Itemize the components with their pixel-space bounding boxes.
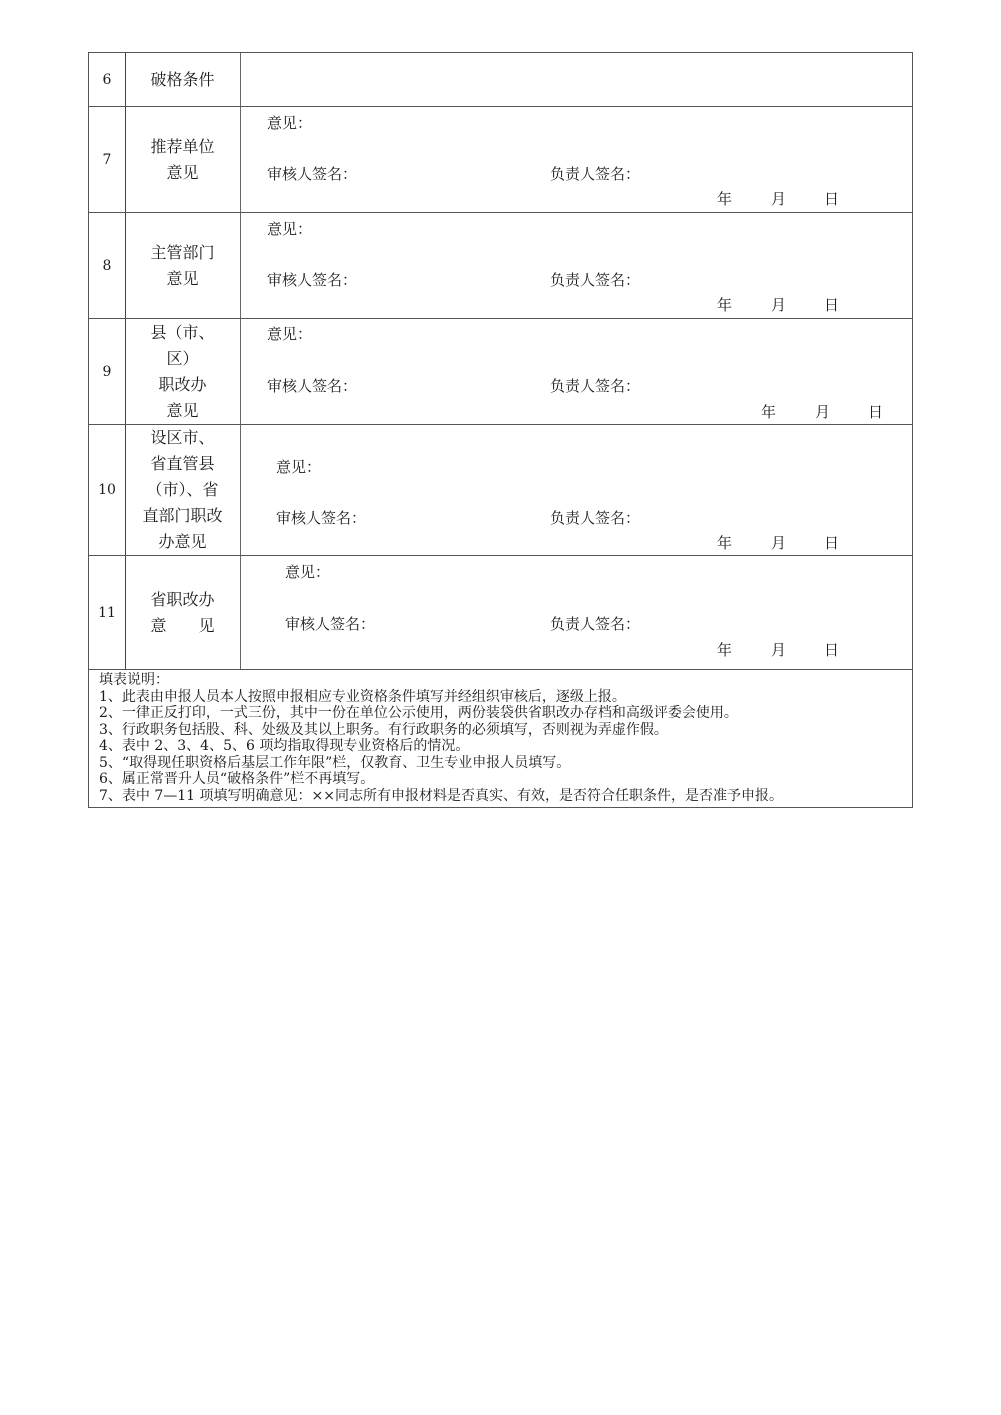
row-label: 破格条件 <box>125 53 241 106</box>
row-number: 6 <box>89 53 126 106</box>
table-row-9: 9 县（市、 区） 职改办 意见 意见： 审核人签名： 负责人签名： 年 月 日 <box>89 319 912 425</box>
row-label: 设区市、 省直管县 （市）、省 直部门职改 办意见 <box>125 425 241 555</box>
instruction-item: 5、“取得现任职资格后基层工作年限”栏，仅教育、卫生专业申报人员填写。 <box>99 755 902 772</box>
date-year: 年 <box>761 401 776 422</box>
instruction-item: 1、此表由申报人员本人按照申报相应专业资格条件填写并经组织审核后，逐级上报。 <box>99 689 902 706</box>
reviewer-signature-label: 审核人签名： <box>267 375 357 396</box>
date-day: 日 <box>824 639 839 660</box>
label-line: （市）、省 <box>146 477 218 503</box>
label-line: 意见 <box>166 160 198 186</box>
label-line: 破格条件 <box>150 67 214 93</box>
row-number: 7 <box>89 107 126 212</box>
date-day: 日 <box>868 401 883 422</box>
document-page: 6 破格条件 7 推荐单位 意见 意见： 审核人签名： 负责人签名： 年 月 日 <box>0 0 1001 1415</box>
label-line: 设区市、 <box>150 425 214 451</box>
table-row-7: 7 推荐单位 意见 意见： 审核人签名： 负责人签名： 年 月 日 <box>89 107 912 213</box>
reviewer-signature-label: 审核人签名： <box>267 163 357 184</box>
reviewer-signature-label: 审核人签名： <box>285 613 375 634</box>
filling-instructions: 填表说明： 1、此表由申报人员本人按照申报相应专业资格条件填写并经组织审核后，逐… <box>89 670 912 807</box>
city-title-office-opinion-field[interactable]: 意见： 审核人签名： 负责人签名： 年 月 日 <box>240 425 912 555</box>
label-line: 办意见 <box>158 529 206 555</box>
instruction-item: 6、属正常晋升人员“破格条件”栏不再填写。 <box>99 771 902 788</box>
label-line: 区） <box>166 346 198 372</box>
date-day: 日 <box>824 294 839 315</box>
instruction-item: 3、行政职务包括股、科、处级及其以上职务。有行政职务的必须填写，否则视为弄虚作假… <box>99 722 902 739</box>
date-year: 年 <box>717 294 732 315</box>
approval-form-table: 6 破格条件 7 推荐单位 意见 意见： 审核人签名： 负责人签名： 年 月 日 <box>88 52 913 808</box>
date-month: 月 <box>771 294 786 315</box>
date-month: 月 <box>771 188 786 209</box>
date-month: 月 <box>771 532 786 553</box>
date-month: 月 <box>815 401 830 422</box>
date-year: 年 <box>717 532 732 553</box>
label-line: 主管部门 <box>150 240 214 266</box>
provincial-title-office-opinion-field[interactable]: 意见： 审核人签名： 负责人签名： 年 月 日 <box>240 556 912 669</box>
row-label: 省职改办 意 见 <box>125 556 241 669</box>
row-label: 推荐单位 意见 <box>125 107 241 212</box>
exceptional-conditions-field[interactable] <box>240 53 912 106</box>
opinion-label: 意见： <box>267 218 312 239</box>
date-year: 年 <box>717 639 732 660</box>
competent-department-opinion-field[interactable]: 意见： 审核人签名： 负责人签名： 年 月 日 <box>240 213 912 318</box>
principal-signature-label: 负责人签名： <box>550 269 640 290</box>
row-label: 县（市、 区） 职改办 意见 <box>125 319 241 424</box>
row-label: 主管部门 意见 <box>125 213 241 318</box>
opinion-label: 意见： <box>285 561 330 582</box>
date-day: 日 <box>824 188 839 209</box>
reviewer-signature-label: 审核人签名： <box>267 269 357 290</box>
table-row-11: 11 省职改办 意 见 意见： 审核人签名： 负责人签名： 年 月 日 <box>89 556 912 670</box>
instruction-item: 7、表中 7—11 项填写明确意见：××同志所有申报材料是否真实、有效，是否符合… <box>99 788 902 805</box>
principal-signature-label: 负责人签名： <box>550 507 640 528</box>
instructions-title: 填表说明： <box>99 672 902 689</box>
principal-signature-label: 负责人签名： <box>550 163 640 184</box>
label-line: 县（市、 <box>150 320 214 346</box>
row-number: 11 <box>89 556 126 669</box>
row-number: 10 <box>89 425 126 555</box>
table-row-8: 8 主管部门 意见 意见： 审核人签名： 负责人签名： 年 月 日 <box>89 213 912 319</box>
instruction-item: 2、一律正反打印，一式三份，其中一份在单位公示使用，两份装袋供省职改办存档和高级… <box>99 705 902 722</box>
opinion-label: 意见： <box>267 323 312 344</box>
label-line: 职改办 <box>158 372 206 398</box>
principal-signature-label: 负责人签名： <box>550 375 640 396</box>
instruction-item: 4、表中 2、3、4、5、6 项均指取得现专业资格后的情况。 <box>99 738 902 755</box>
principal-signature-label: 负责人签名： <box>550 613 640 634</box>
date-year: 年 <box>717 188 732 209</box>
row-number: 9 <box>89 319 126 424</box>
label-line: 省职改办 <box>150 587 214 613</box>
row-number: 8 <box>89 213 126 318</box>
date-month: 月 <box>771 639 786 660</box>
county-title-office-opinion-field[interactable]: 意见： 审核人签名： 负责人签名： 年 月 日 <box>240 319 912 424</box>
label-line: 省直管县 <box>150 451 214 477</box>
opinion-label: 意见： <box>267 112 312 133</box>
recommending-unit-opinion-field[interactable]: 意见： 审核人签名： 负责人签名： 年 月 日 <box>240 107 912 212</box>
label-line: 意见 <box>166 266 198 292</box>
date-day: 日 <box>824 532 839 553</box>
reviewer-signature-label: 审核人签名： <box>276 507 366 528</box>
label-line: 推荐单位 <box>150 134 214 160</box>
table-row-6: 6 破格条件 <box>89 53 912 107</box>
label-line: 意 见 <box>150 613 214 639</box>
opinion-label: 意见： <box>276 456 321 477</box>
label-line: 意见 <box>166 398 198 424</box>
label-line: 直部门职改 <box>142 503 222 529</box>
table-row-10: 10 设区市、 省直管县 （市）、省 直部门职改 办意见 意见： 审核人签名： … <box>89 425 912 556</box>
